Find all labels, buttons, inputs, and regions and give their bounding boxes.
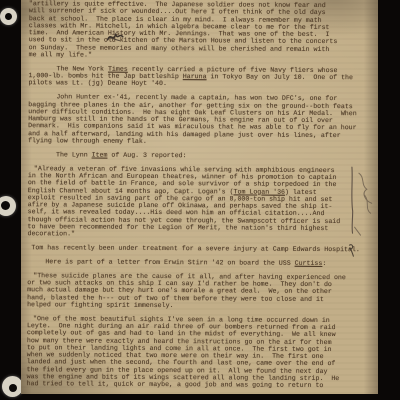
typewritten-line: The Lynn Item of Aug. 3 reported: bbox=[28, 151, 374, 160]
paragraph: "Already a veteran of five invasions whi… bbox=[28, 165, 374, 240]
typewritten-text: "artillery is quite effective. The Japan… bbox=[27, 0, 375, 390]
punch-hole-middle bbox=[0, 196, 16, 216]
punch-hole-opening bbox=[5, 13, 12, 20]
document-page: "artillery is quite effective. The Japan… bbox=[21, 0, 378, 394]
paragraph: Tom has recently been under treatment fo… bbox=[27, 244, 373, 253]
typewritten-line: Tom has recently been under treatment fo… bbox=[27, 244, 373, 253]
punch-hole-top bbox=[0, 8, 17, 25]
paragraph: Here is part of a letter from Erwin Stir… bbox=[27, 258, 373, 267]
page-content: "artillery is quite effective. The Japan… bbox=[21, 0, 378, 394]
typewritten-line: had tried to tell it, quick or maybe, a … bbox=[27, 381, 373, 390]
punch-hole-opening bbox=[1, 201, 10, 210]
paragraph: "These suicide planes are the cause of i… bbox=[27, 272, 373, 311]
paragraph: The New York Times recently carried a pi… bbox=[28, 65, 374, 89]
paragraph: John Hunter ex-'41, recently made a capt… bbox=[28, 93, 374, 146]
scanned-document-photo: { "colors":{ "background":"#0a0706", "pa… bbox=[0, 0, 400, 400]
typewritten-line: Here is part of a letter from Erwin Stir… bbox=[27, 258, 373, 267]
paragraph: "One of the most beautiful sights I've s… bbox=[27, 315, 373, 390]
typewritten-line: pilots was Lt. (jg) Deane Hoyt '40. bbox=[28, 80, 374, 89]
paragraph: "artillery is quite effective. The Japan… bbox=[29, 0, 375, 60]
paragraph: The Lynn Item of Aug. 3 reported: bbox=[28, 151, 374, 160]
punch-hole-opening bbox=[9, 384, 17, 392]
punch-hole-bottom bbox=[2, 376, 23, 397]
